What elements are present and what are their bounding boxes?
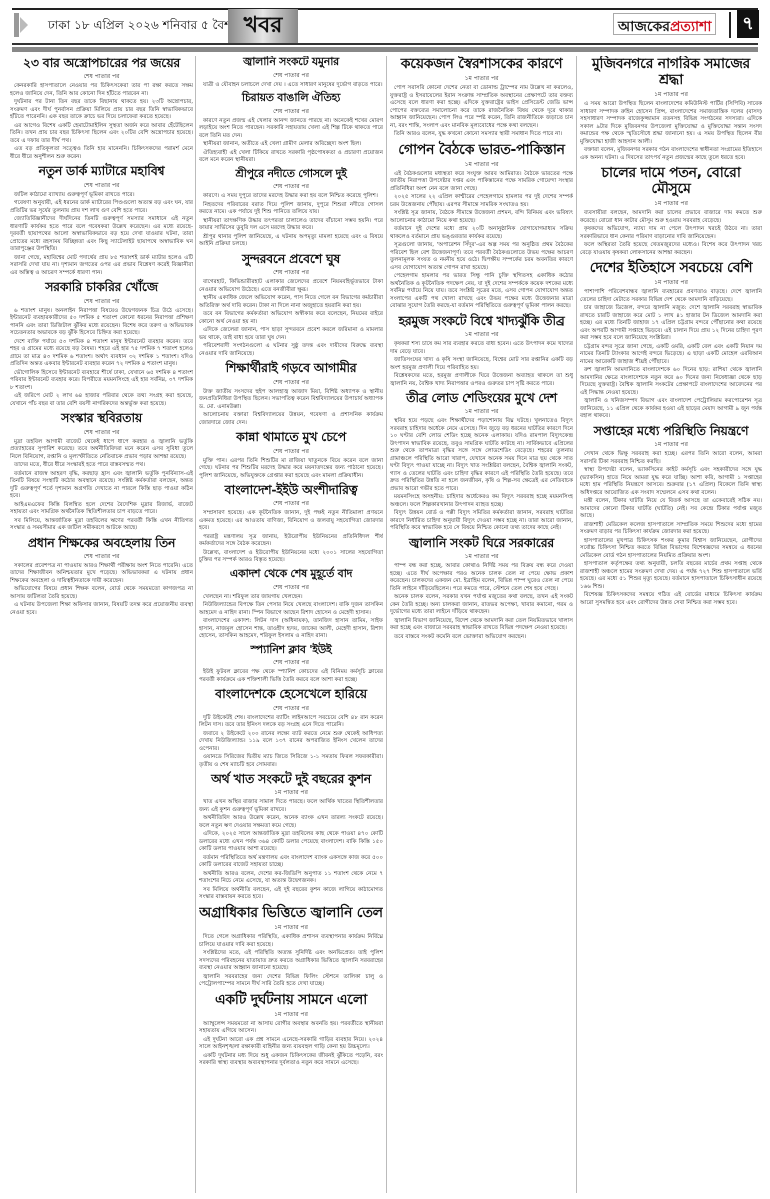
article-paragraph: ফলে অস্থিরতা তৈরি হয়েছে খেতমজুরদের মধ্য… bbox=[580, 242, 762, 257]
article-headline: একটি দুর্ঘটনায় সামনে এলো bbox=[199, 992, 383, 1008]
article-paragraph: সেখান থেকে ভিক্ষু সরবরাহ করা হচ্ছে। এরপর… bbox=[580, 451, 762, 466]
article-body: যাত্রী ও যৌবাহন চলাচলে দেখা দেয় । এতে স… bbox=[199, 82, 383, 90]
article-paragraph: চার জাহাজে ডিজেল, বন্দরে জ্বালানি মজুত: … bbox=[580, 305, 762, 343]
article-paragraph: সংশ্লিষ্ট সূত্র জানায়, বৈঠকে সীমান্তে উ… bbox=[390, 210, 573, 225]
article-headline: সরকারি চাকরির খোঁজে bbox=[10, 280, 193, 294]
article: শিক্ষার্থীরাই গড়বে আগামীরশেষ পাতার পরউক… bbox=[199, 361, 383, 427]
article-headline: অর্থ খাত সংকটে দুই বছরের কুশন bbox=[199, 772, 383, 786]
article-paragraph: ভৌগোলিক হিসেবে ইন্টারনেট ব্যবহারে শীর্ষে… bbox=[10, 370, 193, 393]
article: একাদশ থেকে শেষ মুহূর্তে বাদশেষ পাতার পরখ… bbox=[199, 568, 383, 641]
article-headline: জ্বালানি সংকটে যমুনার bbox=[199, 56, 383, 69]
article-headline: সংস্কার স্থবিরতায় bbox=[10, 411, 193, 425]
article-headline: ২৩ বার অস্ত্রোপচারের পর জয়ের bbox=[10, 56, 193, 70]
article-headline: সুন্দরবনে প্রবেশে ঘুষ bbox=[199, 252, 383, 266]
article: অর্থ খাত সংকটে দুই বছরের কুশন১ম পাতার পর… bbox=[199, 772, 383, 902]
article-paragraph: বিদ্যুৎ উন্নয়ন বোর্ড ও পল্লী বিদ্যুৎ সম… bbox=[390, 510, 573, 533]
article-body: এই বৈঠকগুলোর মধ্যস্থতা করে সংযুক্ত আরব আ… bbox=[390, 171, 573, 311]
article-paragraph: স্থানীয় একাধিক জেলে অভিযোগ করেন, পাস নি… bbox=[199, 295, 383, 310]
article-paragraph: উক্ত জাতীয় সংসদের হুইপ আলহাজ্ব আজাদ মিয… bbox=[199, 389, 383, 412]
article: ২৩ বার অস্ত্রোপচারের পর জয়েরশেষ পাতার প… bbox=[10, 56, 193, 161]
continued-from-label: ১ম পাতার পর bbox=[390, 551, 573, 562]
article-paragraph: বাংলাদেশের একাদশ: লিটন দাস (অধিনায়ক), ত… bbox=[199, 618, 383, 641]
article-paragraph: স্থানীয়রা জানান, অতীতে এই খেলা গ্রামীণ … bbox=[199, 141, 383, 149]
article-paragraph: দুটি উইকেটই শেষ। বাংলাদেশের ব্যাটিং লাইন… bbox=[199, 715, 383, 730]
article-paragraph: জ্বালানি সরবরাহের জন্য দেশের বিভিন্ন ফিল… bbox=[199, 974, 383, 989]
article-body: অ্যাম্বুলেন্স সময়মতো না আসায় রোগীর অবস… bbox=[199, 1021, 383, 1068]
article-body: ইউই ফুটবল ক্লাবের পক্ষ থেকে স্প্যানিশ কো… bbox=[199, 669, 383, 684]
article-body: মুক্তি পান। এরপর তিনি শিশুটির মা রাজিয়া… bbox=[199, 458, 383, 481]
article-paragraph: রুশ জ্বালানি আমদানিতে বাংলাদেশকে ৬০ দিনে… bbox=[580, 367, 762, 397]
newspaper-logo: আজকেরপ্রত্যাশা bbox=[613, 13, 716, 35]
continued-from-label: শেষ পাতার পর bbox=[199, 703, 383, 714]
article: বাংলাদেশকে হেসেখেলে হারিয়েশেষ পাতার পরদ… bbox=[199, 687, 383, 769]
article-paragraph: নিহতদের পরিবারের বরাত দিয়ে পুলিশ জানায়… bbox=[199, 202, 383, 217]
article: চিরায়ত বাঙালি ঐতিহ্যশেষ পাতার পরকারণে ন… bbox=[199, 92, 383, 165]
article-paragraph: জানা গেছে, মহাবিশ্বের মোট পদার্থের প্রায… bbox=[10, 255, 193, 278]
continued-from-label: শেষ পাতার পর bbox=[199, 657, 383, 668]
article-paragraph: দুর্ঘটনার পর টানা তিন বছর তাকে বিছানায় … bbox=[10, 99, 193, 122]
article-paragraph: অর্থনীতি আরও বলেন, দেশের কর-জিডিপি অনুপা… bbox=[199, 871, 383, 886]
article-paragraph: এই দুর্ঘটনা আরো এক প্রশ্ন সামনে এনেছে-সর… bbox=[199, 1037, 383, 1052]
article-body: কারণে। এ সময় দুপুরে তাদের মরদেহ উদ্ধার … bbox=[199, 193, 383, 249]
continued-from-label: শেষ পাতার পর bbox=[199, 106, 383, 117]
article-headline: স্প্যানিশ ক্লাব 'ইউই bbox=[199, 644, 383, 657]
article-paragraph: বাগেরহাট, কিভিন্ডারীরহাট এলাকার জেলেদের … bbox=[199, 279, 383, 294]
column-3: কয়েকজন স্বৈরশাসকের কারণে১ম পাতার পরপোপ … bbox=[390, 56, 573, 1193]
article-paragraph: বিশ্লেষকদের মতে, হরমুজ প্রণালীকে ঘিরে উত… bbox=[390, 373, 573, 388]
article-headline: বাংলাদেশকে হেসেখেলে হারিয়ে bbox=[199, 687, 383, 701]
continued-from-label: শেষ পাতার পর bbox=[10, 427, 193, 438]
article-headline: কয়েকজন স্বৈরশাসকের কারণে bbox=[390, 56, 573, 72]
continued-from-label: শেষ পাতার পর bbox=[10, 296, 193, 307]
continued-from-label: ১ম পাতার পর bbox=[199, 922, 383, 933]
article-body: স্থবির হয়ে পড়ছে এবং শিক্ষার্থীদের পড়া… bbox=[390, 418, 573, 533]
article: কান্না থামাতে মুখ চেপেশেষ পাতার পরমুক্তি… bbox=[199, 430, 383, 480]
article-paragraph: গবেষণা অনুযায়ী, এই ধরনের ডার্ক ম্যাটারে… bbox=[10, 200, 193, 215]
article-body: পাম্প বন্ধ করা হচ্ছে, আবার কোথাও নির্দিষ… bbox=[390, 563, 573, 641]
article: কয়েকজন স্বৈরশাসকের কারণে১ম পাতার পরপোপ … bbox=[390, 56, 573, 139]
article-paragraph: ময়মনসিংহে অসহনীয়: চাহিদার অর্ধেকেরও কম… bbox=[390, 494, 573, 509]
continued-from-label: ১ম পাতার পর bbox=[580, 89, 762, 100]
article-headline: অগ্রাধিকার ভিত্তিতে জ্বালানি তেল bbox=[199, 905, 383, 921]
article: বাংলাদেশ-ইইউ অংশীদারিত্বশেষ পাতার পরসম্প… bbox=[199, 483, 383, 565]
article-paragraph: ইউই ফুটবল ক্লাবের পক্ষ থেকে স্প্যানিশ কো… bbox=[199, 669, 383, 684]
continued-from-label: ১ম পাতার পর bbox=[390, 406, 573, 417]
article-paragraph: সূত্রগুলো জানায়, 'অপারেশন সিঁদুর'-এর অল… bbox=[390, 242, 573, 272]
article-paragraph: এই বৈঠকগুলোর মধ্যস্থতা করে সংযুক্ত আরব আ… bbox=[390, 171, 573, 194]
article-paragraph: চট্টগ্রাম বন্দর সূত্রে জানা গেছে, একটি ও… bbox=[580, 344, 762, 367]
article: জ্বালানি সংকট ঘিরে সরকারের১ম পাতার পরপাম… bbox=[390, 536, 573, 641]
logo-text-part1: আজকের bbox=[618, 19, 670, 35]
article: একটি দুর্ঘটনায় সামনে এলো১ম পাতার পরঅ্যা… bbox=[199, 992, 383, 1068]
article-body: ব্যবসায়ীরা বলছেন, আমদানি করা চালের প্রভ… bbox=[580, 210, 762, 257]
article-paragraph: তিনি আরও বলেন, যুদ্ধ কখনো কোনো সমস্যার স… bbox=[390, 131, 573, 139]
article-paragraph: বক্তারা বলেন, মুজিবনগর সরকার গঠন বাংলাদে… bbox=[580, 147, 762, 162]
article-paragraph: স্বাস্থ্য উপদেষ্টা বলেন, ভ্যাকসিনের কাইট… bbox=[580, 467, 762, 497]
continued-from-label: শেষ পাতার পর bbox=[199, 582, 383, 593]
article: সুন্দরবনে প্রবেশে ঘুষশেষ পাতার পরবাগেরহা… bbox=[199, 252, 383, 358]
article-paragraph: পাম্প বন্ধ করা হচ্ছে, আবার কোথাও নির্দিষ… bbox=[390, 563, 573, 593]
continued-from-label: শেষ পাতার পর bbox=[199, 446, 383, 457]
article-paragraph: এত বড় প্রতিকূলতা সত্ত্বেও তিনি হার মানে… bbox=[10, 146, 193, 161]
article-headline: হরমুজ সংকটে বিশ্বে খাদ্যঝুঁকি তীব্র bbox=[390, 314, 573, 328]
continued-from-label: শেষ পাতার পর bbox=[199, 267, 383, 278]
article-paragraph: পাশাপাশি পরিবেশবান্ধব জ্বালানি ব্যবহারের… bbox=[580, 289, 762, 304]
article: সপ্তাহের মধ্যে পরিস্থিতি নিয়ন্ত্রণে১ম প… bbox=[580, 424, 762, 607]
article-paragraph: জটিল কাঠামো ব্যাখ্যায় গুরুত্বপূর্ণ ভূমি… bbox=[10, 192, 193, 200]
article-body: সকালের প্রবেশপত্র না পাওয়ায় আরও শিক্ষা… bbox=[10, 563, 193, 618]
article-paragraph: ৬ শতাংশ মানুষ। অনলাইন নিরাপত্তা বিষয়েও … bbox=[10, 308, 193, 338]
article-paragraph: কৃষকরা শস্য চাষে কম সার ব্যবহার করতে বাধ… bbox=[390, 341, 573, 356]
continued-from-label: শেষ পাতার পর bbox=[10, 551, 193, 562]
article: গোপন বৈঠকে ভারত-পাকিস্তান১ম পাতার পরএই ব… bbox=[390, 142, 573, 311]
article-paragraph: পেহেলগাম হামলার পর ভারত সিন্ধু পানি চুক্… bbox=[390, 273, 573, 311]
continued-from-label: ১ম পাতার পর bbox=[580, 198, 762, 209]
article-headline: শিক্ষার্থীরাই গড়বে আগামীর bbox=[199, 361, 383, 375]
article: অগ্রাধিকার ভিত্তিতে জ্বালানি তেল১ম পাতার… bbox=[199, 905, 383, 989]
article-paragraph: স্থানীয়রা তাৎক্ষণিক উদ্ধার তৎপরতা চালাল… bbox=[199, 218, 383, 233]
continued-from-label: ১ম পাতার পর bbox=[390, 73, 573, 84]
article-paragraph: তবে বাস্তবে সংকট কমেনি বলে ভোক্তারা অভিয… bbox=[390, 634, 573, 642]
article: দেশের ইতিহাসে সবচেয়ে বেশি১ম পাতার পরপাশ… bbox=[580, 260, 762, 421]
article-paragraph: পরিবেশবাদী সংগঠনগুলো এ ঘটনার সুষ্ঠু তদন্… bbox=[199, 343, 383, 358]
article-paragraph: সব মিলিয়ে, আন্তর্জাতিক মুদ্রা তহবিলের ঋ… bbox=[10, 518, 193, 533]
article-paragraph: উল্লেখ্য, বাংলাদেশ ও ইউরোপীয় ইউনিয়নের … bbox=[199, 550, 383, 565]
article-body: জটিল কাঠামো ব্যাখ্যায় গুরুত্বপূর্ণ ভূমি… bbox=[10, 192, 193, 278]
article-paragraph: জবাবে ২ উইকেটে ২০০ রানের লক্ষ্যে ব্যাট ক… bbox=[199, 731, 383, 754]
article-paragraph: মুক্তি পান। এরপর তিনি শিশুটির মা রাজিয়া… bbox=[199, 458, 383, 481]
continued-from-label: শেষ পাতার পর bbox=[199, 377, 383, 388]
article-headline: চালের দামে পতন, বোরো মৌসুমে bbox=[580, 165, 762, 197]
article-paragraph: এই জরিপে মোট ২ লাখ ৬৪ হাজার পরিবার থেকে … bbox=[10, 393, 193, 408]
article-headline: তীব্র লোড শেডিংয়ের মুখে দেশ bbox=[390, 391, 573, 405]
continued-from-label: শেষ পাতার পর bbox=[199, 498, 383, 509]
article-paragraph: ব্যবসায়ীরা বলছেন, আমদানি করা চালের প্রভ… bbox=[580, 210, 762, 225]
article-headline: নতুন ডার্ক ম্যাটারে মহাবিশ্ব bbox=[10, 164, 193, 178]
article-paragraph: বিশেষজ্ঞ চিকিৎসকদের সমন্বয়ে গঠিত এই বোর… bbox=[580, 592, 762, 607]
masthead: ঢাকা ১৮ এপ্রিল ২০২৬ শনিবার ৫ বৈশাখ ১৪৩৩ … bbox=[0, 0, 770, 42]
continued-from-label: শেষ পাতার পর bbox=[10, 180, 193, 191]
page-number-divider bbox=[729, 12, 731, 38]
article-paragraph: মন্ত্রী বলেন, টিকার ঘাটতি নিয়ে যে বিতর্… bbox=[580, 498, 762, 521]
article-paragraph: সব মিলিয়ে অর্থনীতি বলছেন, এই দুই বছরের … bbox=[199, 887, 383, 902]
article-paragraph: এর আগেও বিশেষ একটি হেমাটোমাইলিন সুস্থতা … bbox=[10, 123, 193, 146]
article-paragraph: জ্যোতির্বিজ্ঞানীদের দীর্ঘদিনের তিনটি গুর… bbox=[10, 216, 193, 254]
article-headline: দেশের ইতিহাসে সবচেয়ে বেশি bbox=[580, 260, 762, 276]
column-4: মুজিবনগরে নাগরিক সমাজের শ্রদ্ধা১ম পাতার … bbox=[580, 56, 762, 1193]
column-divider bbox=[386, 56, 387, 1193]
article-paragraph: সকালের প্রবেশপত্র না পাওয়ায় আরও শিক্ষা… bbox=[10, 563, 193, 586]
article-body: এ সময় আরো উপস্থিত ছিলেন বাংলাদেশের কমিউ… bbox=[580, 101, 762, 162]
article-paragraph: স্থবির হয়ে পড়ছে এবং শিক্ষার্থীদের পড়া… bbox=[390, 418, 573, 493]
article-paragraph: অনেক চালক বলেন, সরকার যখন পর্যাপ্ত মজুতে… bbox=[390, 594, 573, 617]
article-paragraph: খেলছেন না। শরিফুল তার জায়গায় খেলছেন। bbox=[199, 594, 383, 602]
continued-from-label: ১ম পাতার পর bbox=[390, 159, 573, 170]
article-body: সেখান থেকে ভিক্ষু সরবরাহ করা হচ্ছে। এরপর… bbox=[580, 451, 762, 607]
page-number: ৭ bbox=[737, 10, 759, 38]
column-divider bbox=[576, 56, 577, 1193]
article-headline: একাদশ থেকে শেষ মুহূর্তে বাদ bbox=[199, 568, 383, 581]
article-paragraph: বর্তমান পরিস্থিতিতে অর্থ মন্ত্রণালয় এবং… bbox=[199, 855, 383, 870]
article-paragraph: জাতিসংঘের খাদ্য ও কৃষি সংস্থা জানিয়েছে,… bbox=[390, 357, 573, 372]
article-paragraph: কৃষকদের অভিযোগ, ন্যায্য দাম না পেলে উৎপা… bbox=[580, 226, 762, 241]
article-paragraph: খাত এখন অস্থির বাজার সামাল দিতে পারছে। ফ… bbox=[199, 799, 383, 814]
article-paragraph: হাসপাতালের মুখপাত্র চিকিৎসক শংকর কুমার ব… bbox=[580, 538, 762, 561]
article-paragraph: এ ঘটনায় উপজেলা শিক্ষা অফিসার জানান, বিষ… bbox=[10, 602, 193, 617]
article-body: দুটি উইকেটই শেষ। বাংলাদেশের ব্যাটিং লাইন… bbox=[199, 715, 383, 770]
article-paragraph: আইএমএফের কিস্তি বিলম্বিত হলে দেশের বৈদেশ… bbox=[10, 502, 193, 517]
article-paragraph: সংশ্লিষ্টদের মতে, এই পরিস্থিতি অত্যন্ত স… bbox=[199, 950, 383, 973]
article-paragraph: নিউজিল্যান্ডের বিপক্ষে তিন পেসার নিয়ে খ… bbox=[199, 602, 383, 617]
article: তীব্র লোড শেডিংয়ের মুখে দেশ১ম পাতার পরস… bbox=[390, 391, 573, 533]
column-divider bbox=[195, 56, 196, 1193]
article-paragraph: সম্প্রসারণ হয়েছে। এক কূটনৈতিক জানান, দু… bbox=[199, 510, 383, 533]
article-body: ৬ শতাংশ মানুষ। অনলাইন নিরাপত্তা বিষয়েও … bbox=[10, 308, 193, 409]
continued-from-label: শেষ পাতার পর bbox=[10, 71, 193, 82]
article-paragraph: তাদের মতে, ধীরে ধীরে সংস্কারই হতে পারে ব… bbox=[10, 462, 193, 470]
article-body: সম্প্রসারণ হয়েছে। এক কূটনৈতিক জানান, দু… bbox=[199, 510, 383, 565]
article-headline: বাংলাদেশ-ইইউ অংশীদারিত্ব bbox=[199, 483, 383, 497]
article-paragraph: যাত্রী ও যৌবাহন চলাচলে দেখা দেয় । এতে স… bbox=[199, 82, 383, 90]
continued-from-label: শেষ পাতার পর bbox=[199, 70, 383, 81]
article-headline: গোপন বৈঠকে ভারত-পাকিস্তান bbox=[390, 142, 573, 158]
article-paragraph: রাজশাহী মেডিকেল কলেজ হাসপাতালে সাম্প্রতি… bbox=[580, 522, 762, 537]
article-body: কারণে নতুন প্রজন্ম এই খেলার আনন্দ জানতে … bbox=[199, 118, 383, 165]
article-paragraph: ঐতিহ্যবাহী এই খেলা টিকিয়ে রাখতে সরকারি … bbox=[199, 150, 383, 165]
article-paragraph: কেনরকারি হাসপাতালে নেওয়ার পর চিকিৎসকেরা… bbox=[10, 83, 193, 98]
article-paragraph: তবে বন বিভাগের কর্মকর্তারা অভিযোগ অস্বীক… bbox=[199, 311, 383, 326]
article-headline: চিরায়ত বাঙালি ঐতিহ্য bbox=[199, 92, 383, 105]
article: স্প্যানিশ ক্লাব 'ইউইশেষ পাতার পরইউই ফুটব… bbox=[199, 644, 383, 685]
article-paragraph: জ্বালানি ও খনিজসম্পদ বিভাগ এবং বাংলাদেশ … bbox=[580, 398, 762, 421]
article-paragraph: কারণে। এ সময় দুপুরে তাদের মরদেহ উদ্ধার … bbox=[199, 193, 383, 201]
article-body: কেনরকারি হাসপাতালে নেওয়ার পর চিকিৎসকেরা… bbox=[10, 83, 193, 161]
column-1: ২৩ বার অস্ত্রোপচারের পর জয়েরশেষ পাতার প… bbox=[10, 56, 193, 1193]
article-paragraph: একটি দুর্ঘটনার মধ্য দিয়ে শুধু একজন চিকি… bbox=[199, 1053, 383, 1068]
article: জ্বালানি সংকটে যমুনারশেষ পাতার পরযাত্রী … bbox=[199, 56, 383, 89]
article-body: পোপ সরাসরি কোনো দেশের নেতা বা ডোনাল্ড ট্… bbox=[390, 85, 573, 139]
article: প্রধান শিক্ষকের অবহেলায় তিনশেষ পাতার পর… bbox=[10, 536, 193, 618]
section-title: খবর bbox=[228, 9, 298, 43]
article-paragraph: ওয়ানডে সিরিজের দ্বিতীয় ম্যাচ জিতে সিরি… bbox=[199, 754, 383, 769]
article: নতুন ডার্ক ম্যাটারে মহাবিশ্বশেষ পাতার পর… bbox=[10, 164, 193, 277]
article-body: খেলছেন না। শরিফুল তার জায়গায় খেলছেন।নি… bbox=[199, 594, 383, 641]
article-paragraph: জ্বালানি বিভাগ জানিয়েছে, বিদেশ থেকে আমদ… bbox=[390, 618, 573, 633]
article-paragraph: মুদ্রা তহবিল আগামী বাজেট থেকেই ধাপে ধাপে… bbox=[10, 439, 193, 462]
article-paragraph: বর্তমানে দুই দেশের মধ্যে প্রায় ২০টি অনা… bbox=[390, 226, 573, 241]
article-body: উক্ত জাতীয় সংসদের হুইপ আলহাজ্ব আজাদ মিয… bbox=[199, 389, 383, 428]
continued-from-label: ১ম পাতার পর bbox=[390, 329, 573, 340]
continued-from-label: ১ম পাতার পর bbox=[580, 277, 762, 288]
article-headline: জ্বালানি সংকট ঘিরে সরকারের bbox=[390, 536, 573, 550]
article-headline: মুজিবনগরে নাগরিক সমাজের শ্রদ্ধা bbox=[580, 56, 762, 88]
article-paragraph: আলোচনায় বক্তারা বিশ্ববিদ্যালয়ের উন্নয়… bbox=[199, 412, 383, 427]
article-body: পাশাপাশি পরিবেশবান্ধব জ্বালানি ব্যবহারের… bbox=[580, 289, 762, 421]
article-paragraph: শ্রীপুর থানার পুলিশ জানিয়েছে, এ ঘটনায় … bbox=[199, 234, 383, 249]
article-paragraph: পররাষ্ট্র মন্ত্রণালয় সূত্র জানায়, ইউরো… bbox=[199, 534, 383, 549]
article: চালের দামে পতন, বোরো মৌসুমে১ম পাতার পরব্… bbox=[580, 165, 762, 257]
continued-from-label: ১ম পাতার পর bbox=[199, 787, 383, 798]
article-body: মুদ্রা তহবিল আগামী বাজেট থেকেই ধাপে ধাপে… bbox=[10, 439, 193, 533]
article-headline: প্রধান শিক্ষকের অবহেলায় তিন bbox=[10, 536, 193, 550]
article-paragraph: অভিযোগের বিষয়ে প্রধান শিক্ষক বলেন, বোর্… bbox=[10, 586, 193, 601]
masthead-bottom-band bbox=[12, 47, 758, 52]
article-body: কৃষকরা শস্য চাষে কম সার ব্যবহার করতে বাধ… bbox=[390, 341, 573, 388]
article-body: খাত এখন অস্থির বাজার সামাল দিতে পারছে। ফ… bbox=[199, 799, 383, 902]
article-body: বাগেরহাট, কিভিন্ডারীরহাট এলাকার জেলেদের … bbox=[199, 279, 383, 358]
masthead-bottom-rule bbox=[12, 43, 758, 45]
article-paragraph: ২০২৫ সালের ২২ এপ্রিল কাশ্মীরের পেহেলগামে… bbox=[390, 194, 573, 209]
article-paragraph: অ্যাম্বুলেন্স সময়মতো না আসায় রোগীর অবস… bbox=[199, 1021, 383, 1036]
article: হরমুজ সংকটে বিশ্বে খাদ্যঝুঁকি তীব্র১ম পা… bbox=[390, 314, 573, 388]
article: সরকারি চাকরির খোঁজেশেষ পাতার পর৬ শতাংশ ম… bbox=[10, 280, 193, 408]
column-2: জ্বালানি সংকটে যমুনারশেষ পাতার পরযাত্রী … bbox=[199, 56, 383, 1193]
article-paragraph: দিতে গেলে অগ্রাধিকার পরিস্থিতি, একাধিক প… bbox=[199, 934, 383, 949]
article-paragraph: অর্থনীতিবিদ আরও উল্লেখ করেন, অনেক ব্যাংক… bbox=[199, 815, 383, 830]
article-paragraph: পোপ সরাসরি কোনো দেশের নেতা বা ডোনাল্ড ট্… bbox=[390, 85, 573, 130]
continued-from-label: শেষ পাতার পর bbox=[199, 181, 383, 192]
continued-from-label: ১ম পাতার পর bbox=[199, 1009, 383, 1020]
article: সংস্কার স্থবিরতায়শেষ পাতার পরমুদ্রা তহব… bbox=[10, 411, 193, 532]
article-paragraph: এদিকে, ২০২৫ সালে আন্তর্জাতিক মুদ্রা তহবি… bbox=[199, 831, 383, 854]
article: শ্রীপুরে নদীতে গোসলে দুইশেষ পাতার পরকারণ… bbox=[199, 168, 383, 249]
continued-from-label: ১ম পাতার পর bbox=[580, 439, 762, 450]
section-arrow-icon bbox=[14, 13, 28, 37]
article: মুজিবনগরে নাগরিক সমাজের শ্রদ্ধা১ম পাতার … bbox=[580, 56, 762, 162]
masthead-top-rule bbox=[12, 8, 758, 10]
article-paragraph: এ সময় আরো উপস্থিত ছিলেন বাংলাদেশের কমিউ… bbox=[580, 101, 762, 146]
article-paragraph: কারণে নতুন প্রজন্ম এই খেলার আনন্দ জানতে … bbox=[199, 118, 383, 141]
article-headline: সপ্তাহের মধ্যে পরিস্থিতি নিয়ন্ত্রণে bbox=[580, 424, 762, 438]
article-body: দিতে গেলে অগ্রাধিকার পরিস্থিতি, একাধিক প… bbox=[199, 934, 383, 989]
article-paragraph: হাসপাতাল কর্তৃপক্ষের তথ্য অনুযায়ী, চলতি… bbox=[580, 561, 762, 591]
article-paragraph: এদিকে জেলেরা জানান, পাস ছাড়া সুন্দরবনে … bbox=[199, 327, 383, 342]
logo-text-part2: প্রত্যাশা bbox=[670, 19, 711, 35]
article-paragraph: বর্তমানে রাজস্ব আহরণ বৃদ্ধি, করছাড় হ্রা… bbox=[10, 471, 193, 501]
article-headline: কান্না থামাতে মুখ চেপে bbox=[199, 430, 383, 444]
article-paragraph: দেশে ব্যক্তি পর্যায়ে ৫৩ দশমিক ৪ শতাংশ ম… bbox=[10, 339, 193, 369]
article-headline: শ্রীপুরে নদীতে গোসলে দুই bbox=[199, 168, 383, 181]
